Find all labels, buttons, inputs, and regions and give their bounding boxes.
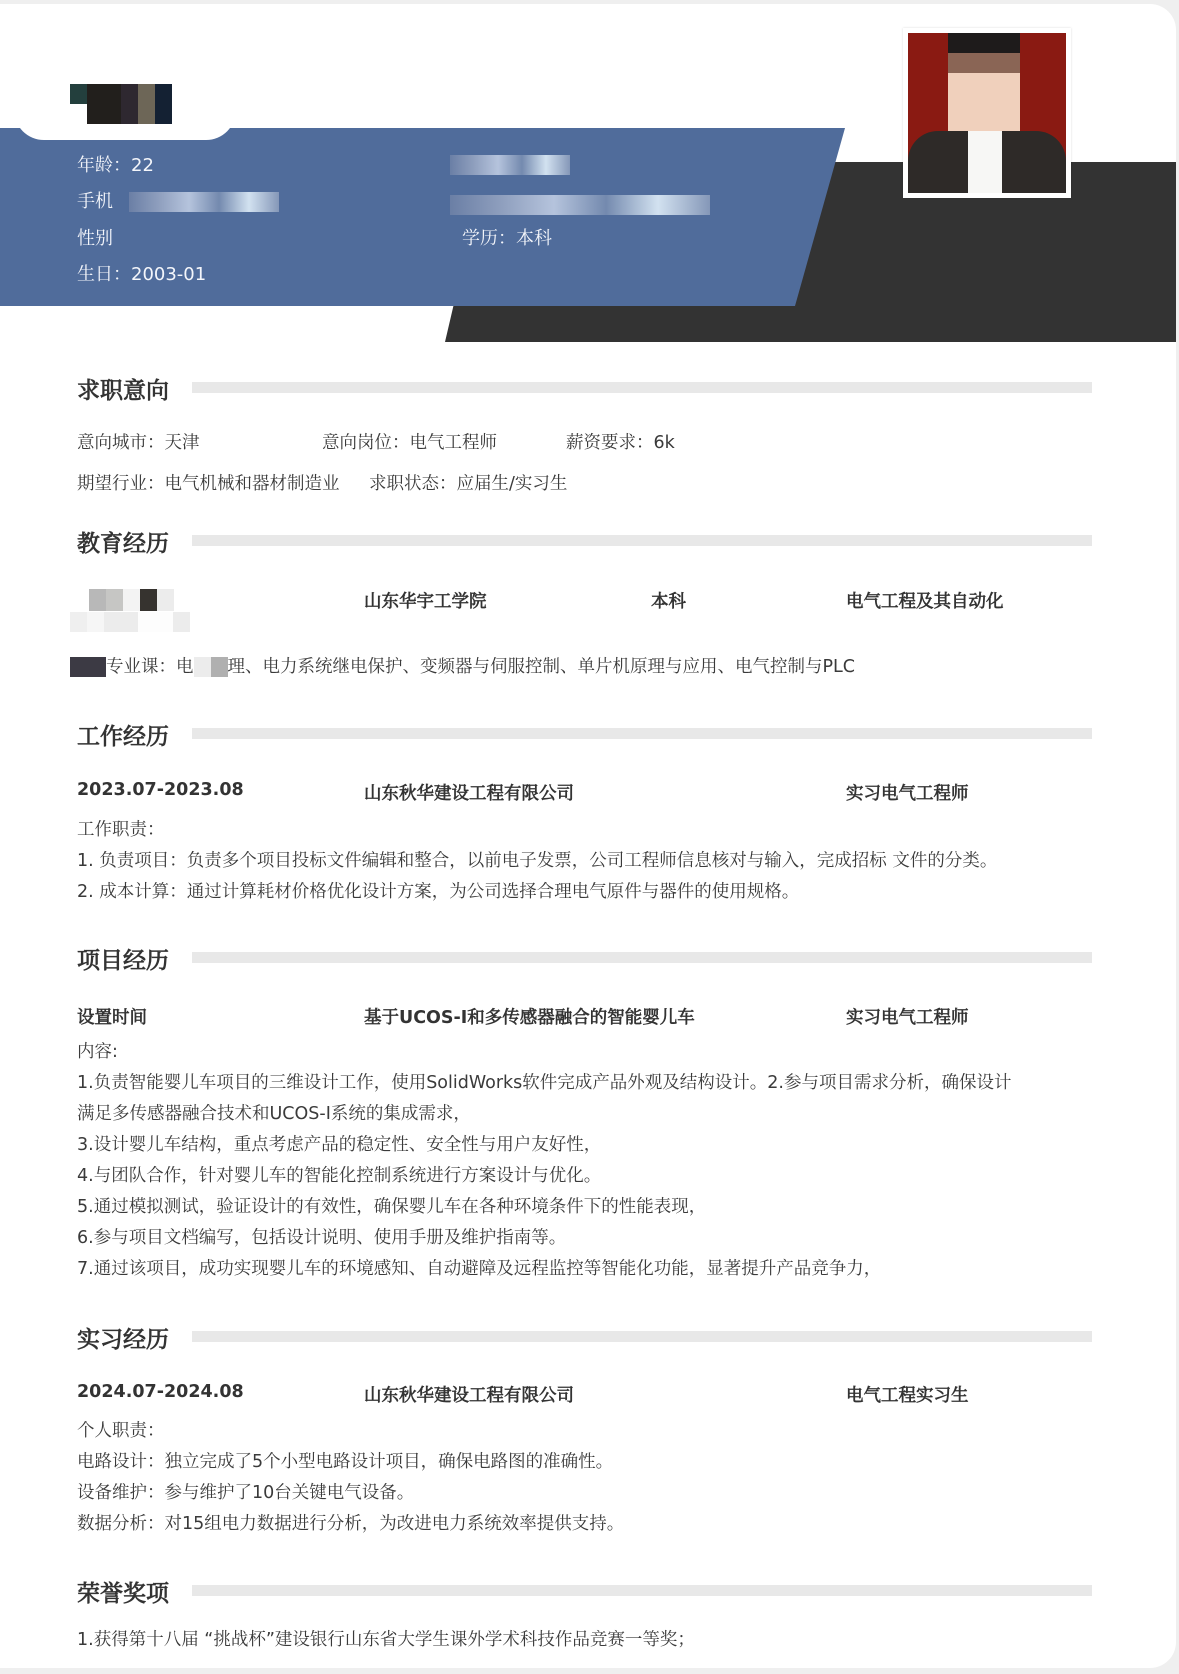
- right-field-redacted-2: [450, 194, 710, 215]
- project-content-label: 内容:: [77, 1038, 118, 1063]
- age-field: 年龄：22: [77, 151, 154, 177]
- education-date-redacted: [77, 589, 174, 611]
- internship-role: 电气工程实习生: [846, 1382, 969, 1407]
- education-date-redacted-2: [70, 612, 190, 632]
- project-date: 设置时间: [77, 1004, 147, 1029]
- section-divider: [192, 952, 1092, 963]
- intent-city: 意向城市：天津: [77, 429, 200, 454]
- section-divider: [192, 1585, 1092, 1596]
- gender-field: 性别: [77, 224, 113, 250]
- section-title-intent: 求职意向: [77, 372, 169, 405]
- work-company: 山东秋华建设工程有限公司: [364, 780, 574, 805]
- courses-redacted-mid: [194, 657, 228, 677]
- internship-item: 电路设计：独立完成了5个小型电路设计项目，确保电路图的准确性。: [77, 1448, 613, 1473]
- work-role: 实习电气工程师: [846, 780, 969, 805]
- award-item: 1.获得第十八届 “挑战杯”建设银行山东省大学生课外学术科技作品竞赛一等奖；: [77, 1626, 695, 1651]
- work-duty-label: 工作职责：: [77, 816, 165, 841]
- education-major: 电气工程及其自动化: [846, 588, 1004, 613]
- name-redacted: [70, 84, 172, 124]
- section-title-project: 项目经历: [77, 942, 169, 975]
- section-divider: [192, 535, 1092, 546]
- courses-redacted-prefix: [70, 657, 106, 677]
- work-item: 2. 成本计算：通过计算耗材价格优化设计方案，为公司选择合理电气原件与器件的使用…: [77, 878, 799, 903]
- section-divider: [192, 382, 1092, 393]
- work-item: 1. 负责项目：负责多个项目投标文件编辑和整合，以前电子发票，公司工程师信息核对…: [77, 847, 997, 872]
- project-item: 1.负责智能婴儿车项目的三维设计工作，使用SolidWorks软件完成产品外观及…: [77, 1069, 1011, 1094]
- internship-date: 2024.07-2024.08: [77, 1382, 244, 1402]
- intent-position: 意向岗位：电气工程师: [322, 429, 497, 454]
- education-school: 山东华宇工学院: [364, 588, 487, 613]
- section-divider: [192, 728, 1092, 739]
- section-title-work: 工作经历: [77, 718, 169, 751]
- phone-redacted: [129, 192, 279, 212]
- right-field-redacted-1: [450, 154, 570, 175]
- education-courses: 专业课：电理、电力系统继电保护、变频器与伺服控制、单片机原理与应用、电气控制与P…: [70, 653, 855, 678]
- internship-item: 数据分析：对15组电力数据进行分析，为改进电力系统效率提供支持。: [77, 1510, 624, 1535]
- section-divider: [192, 1331, 1092, 1342]
- resume-page: 年龄：22 手机 性别 生日：2003-01 学历：本科 求职意向 意向城市：天…: [0, 4, 1176, 1668]
- birthday-field: 生日：2003-01: [77, 260, 206, 286]
- phone-label: 手机: [77, 191, 113, 212]
- work-date: 2023.07-2023.08: [77, 780, 244, 800]
- project-item: 5.通过模拟测试，验证设计的有效性，确保婴儿车在各种环境条件下的性能表现，: [77, 1193, 706, 1218]
- project-item: 6.参与项目文档编写，包括设计说明、使用手册及维护指南等。: [77, 1224, 566, 1249]
- internship-item: 设备维护：参与维护了10台关键电气设备。: [77, 1479, 414, 1504]
- phone-field: 手机: [77, 187, 279, 213]
- education-level-field: 学历：本科: [462, 224, 552, 250]
- project-item: 3.设计婴儿车结构，重点考虑产品的稳定性、安全性与用户友好性，: [77, 1131, 601, 1156]
- section-title-awards: 荣誉奖项: [77, 1575, 169, 1608]
- profile-photo: [903, 28, 1071, 198]
- education-degree: 本科: [651, 588, 686, 613]
- section-title-education: 教育经历: [77, 525, 169, 558]
- internship-duty-label: 个人职责：: [77, 1417, 165, 1442]
- intent-status: 求职状态：应届生/实习生: [369, 470, 567, 495]
- project-item: 满足多传感器融合技术和UCOS-I系统的集成需求，: [77, 1100, 471, 1125]
- intent-industry: 期望行业：电气机械和器材制造业: [77, 470, 340, 495]
- internship-company: 山东秋华建设工程有限公司: [364, 1382, 574, 1407]
- intent-salary: 薪资要求：6k: [566, 429, 675, 454]
- section-title-internship: 实习经历: [77, 1321, 169, 1354]
- project-item: 4.与团队合作，针对婴儿车的智能化控制系统进行方案设计与优化。: [77, 1162, 601, 1187]
- project-item: 7.通过该项目，成功实现婴儿车的环境感知、自动避障及远程监控等智能化功能，显著提…: [77, 1255, 881, 1280]
- project-name: 基于UCOS-I和多传感器融合的智能婴儿车: [364, 1004, 695, 1029]
- project-role: 实习电气工程师: [846, 1004, 969, 1029]
